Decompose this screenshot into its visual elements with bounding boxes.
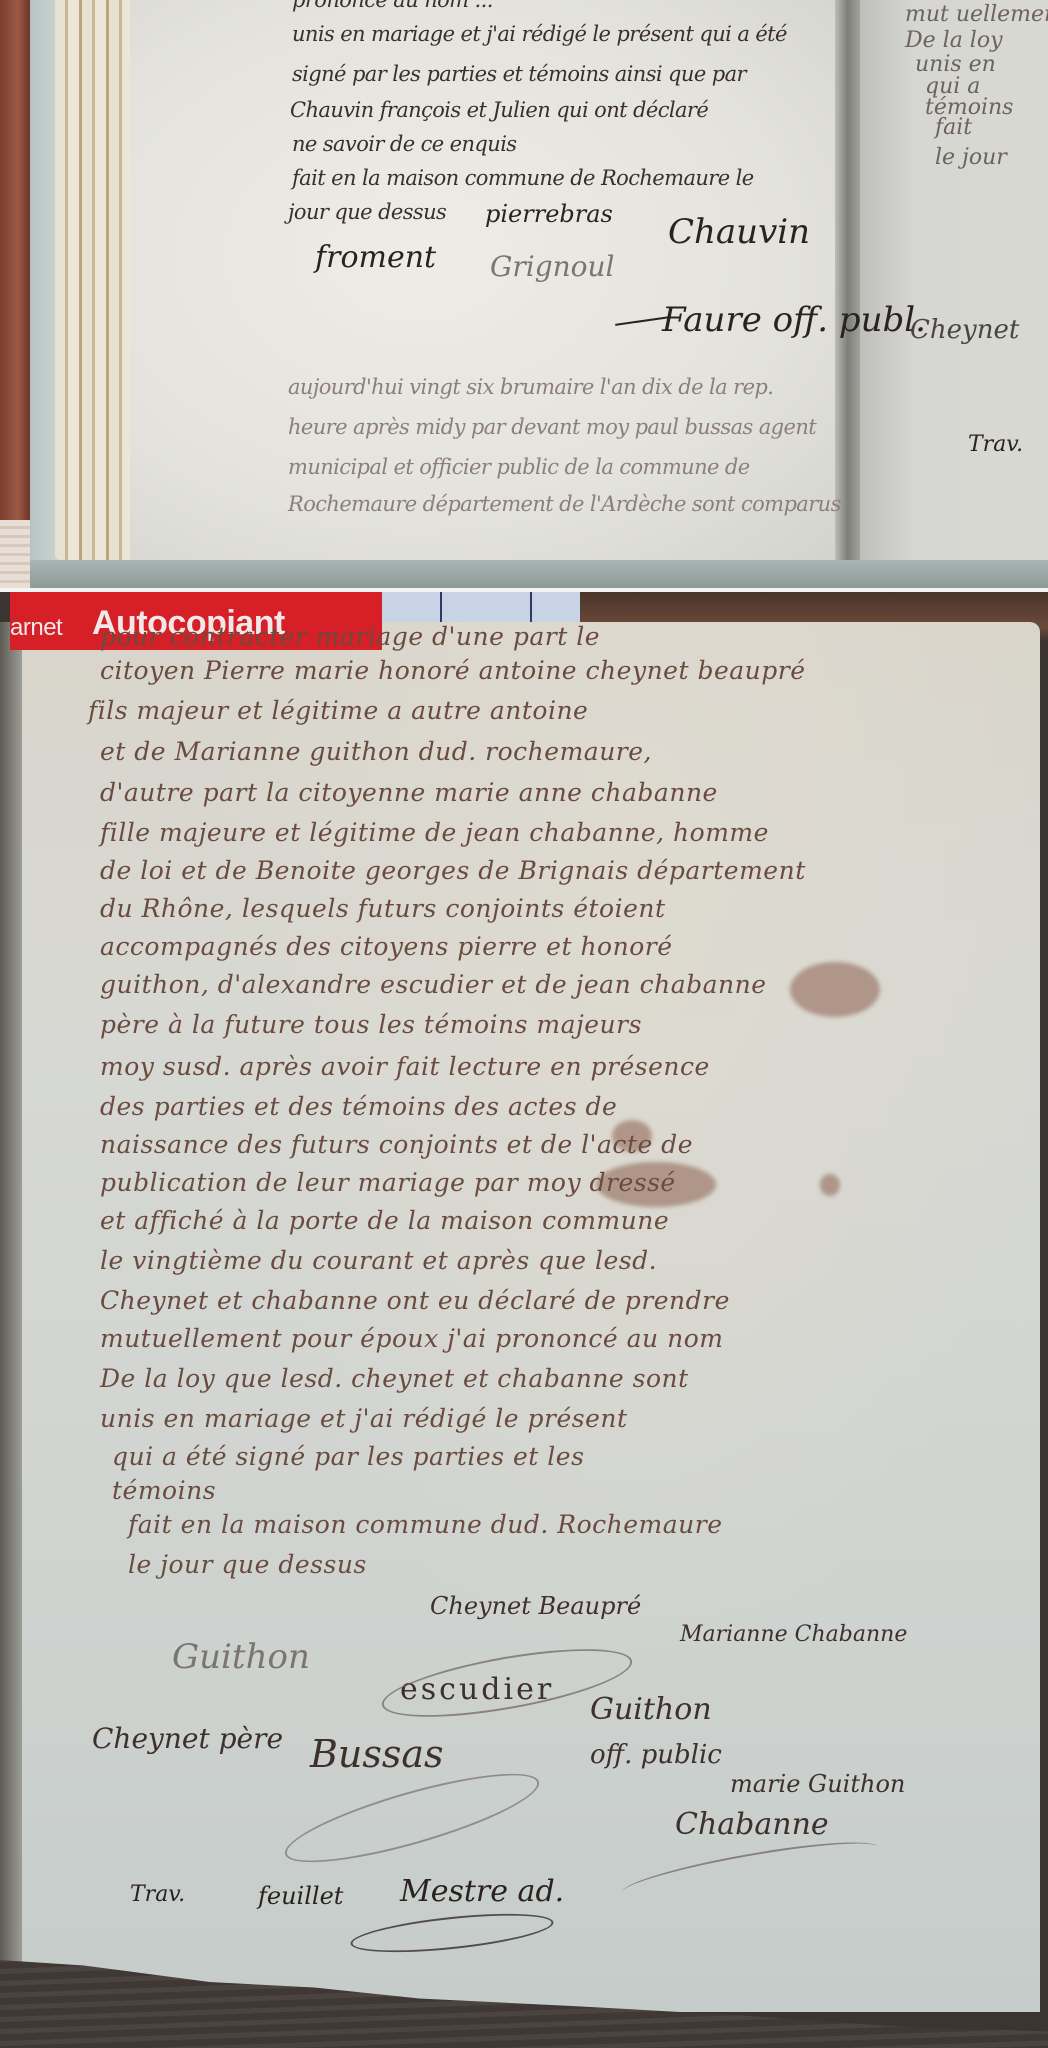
signature: Grignoul (490, 250, 615, 283)
signature: Mestre ad. (400, 1874, 564, 1909)
text-line: des parties et des témoins des actes de (100, 1092, 617, 1121)
signature: marie Guithon (730, 1770, 905, 1798)
table-surface (0, 520, 30, 588)
text-line: De la loy (905, 28, 1003, 53)
text-line: qui a été signé par les parties et les (112, 1442, 584, 1471)
text-line: prononcé au nom ... (292, 0, 493, 12)
text-line: Chauvin françois et Julien qui ont décla… (290, 98, 708, 122)
text-line: mutuellement pour époux j'ai prononcé au… (100, 1324, 723, 1353)
text-line: moy susd. après avoir fait lecture en pr… (100, 1052, 710, 1081)
text-line: père à la future tous les témoins majeur… (100, 1010, 642, 1039)
ink-stain (820, 1174, 840, 1196)
text-line: le jour que dessus (128, 1550, 367, 1579)
text-line: et affiché à la porte de la maison commu… (100, 1206, 669, 1235)
notepad-edge (380, 592, 580, 622)
signature: froment (315, 240, 436, 275)
text-line: Cheynet et chabanne ont eu déclaré de pr… (100, 1286, 730, 1315)
book-binding (0, 0, 30, 560)
text-line: municipal et officier public de la commu… (288, 455, 750, 479)
signature: Faure off. publ. (662, 300, 926, 340)
text-line: publication de leur mariage par moy dres… (100, 1168, 676, 1197)
signature: Cheynet Beaupré (430, 1592, 641, 1620)
text-line: pour contracter mariage d'une part le (100, 622, 600, 651)
signature: Chabanne (675, 1807, 829, 1842)
text-line: Rochemaure département de l'Ardèche sont… (288, 492, 841, 516)
text-line: le jour (935, 145, 1007, 170)
text-line: jour que dessus (288, 200, 446, 224)
signature: Bussas (310, 1732, 444, 1776)
text-line: de loi et de Benoite georges de Brignais… (100, 856, 806, 885)
signature: Chauvin (668, 212, 810, 252)
text-line: fait en la maison commune dud. Rochemaur… (128, 1510, 723, 1539)
signature: feuillet (258, 1882, 343, 1910)
text-line: accompagnés des citoyens pierre et honor… (100, 932, 673, 961)
text-line: signé par les parties et témoins ainsi q… (292, 62, 746, 86)
label-prefix: arnet (10, 614, 62, 642)
text-line: fait (935, 115, 972, 140)
bottom-photo: arnet Autocopiant pour contracter mariag… (0, 592, 1048, 2048)
text-line: le vingtième du courant et après que les… (100, 1246, 657, 1275)
signature: Guithon (590, 1692, 712, 1727)
text-line: heure après midy par devant moy paul bus… (288, 415, 816, 439)
signature: Cheynet (910, 315, 1019, 345)
signature: Trav. (968, 432, 1023, 457)
text-line: unis en mariage et j'ai rédigé le présen… (100, 1404, 628, 1433)
signature: Trav. (130, 1882, 185, 1907)
text-line: du Rhône, lesquels futurs conjoints étoi… (100, 894, 666, 923)
ink-stain (790, 962, 880, 1017)
text-line: et de Marianne guithon dud. rochemaure, (100, 737, 652, 766)
text-line: mut uellement (905, 2, 1048, 27)
signature: pierrebras (485, 200, 613, 228)
top-photo: prononcé au nom ... unis en mariage et j… (0, 0, 1048, 588)
text-line: guithon, d'alexandre escudier et de jean… (100, 970, 767, 999)
text-line: fils majeur et légitime a autre antoine (88, 696, 588, 725)
signature: off. public (590, 1740, 722, 1770)
signature: Marianne Chabanne (680, 1622, 907, 1647)
text-line: fait en la maison commune de Rochemaure … (292, 166, 754, 190)
text-line: aujourd'hui vingt six brumaire l'an dix … (288, 375, 773, 399)
text-line: unis en mariage et j'ai rédigé le présen… (292, 22, 787, 46)
text-line: De la loy que lesd. cheynet et chabanne … (100, 1364, 689, 1393)
text-line: ne savoir de ce enquis (292, 132, 517, 156)
text-line: d'autre part la citoyenne marie anne cha… (100, 778, 718, 807)
text-line: naissance des futurs conjoints et de l'a… (100, 1130, 693, 1159)
signature: Guithon (172, 1637, 310, 1677)
page-shadow (30, 560, 1048, 588)
text-line: fille majeure et légitime de jean chaban… (100, 818, 769, 847)
text-line: citoyen Pierre marie honoré antoine chey… (100, 656, 806, 685)
text-line: témoins (112, 1476, 216, 1505)
signature: Cheynet père (92, 1722, 283, 1755)
